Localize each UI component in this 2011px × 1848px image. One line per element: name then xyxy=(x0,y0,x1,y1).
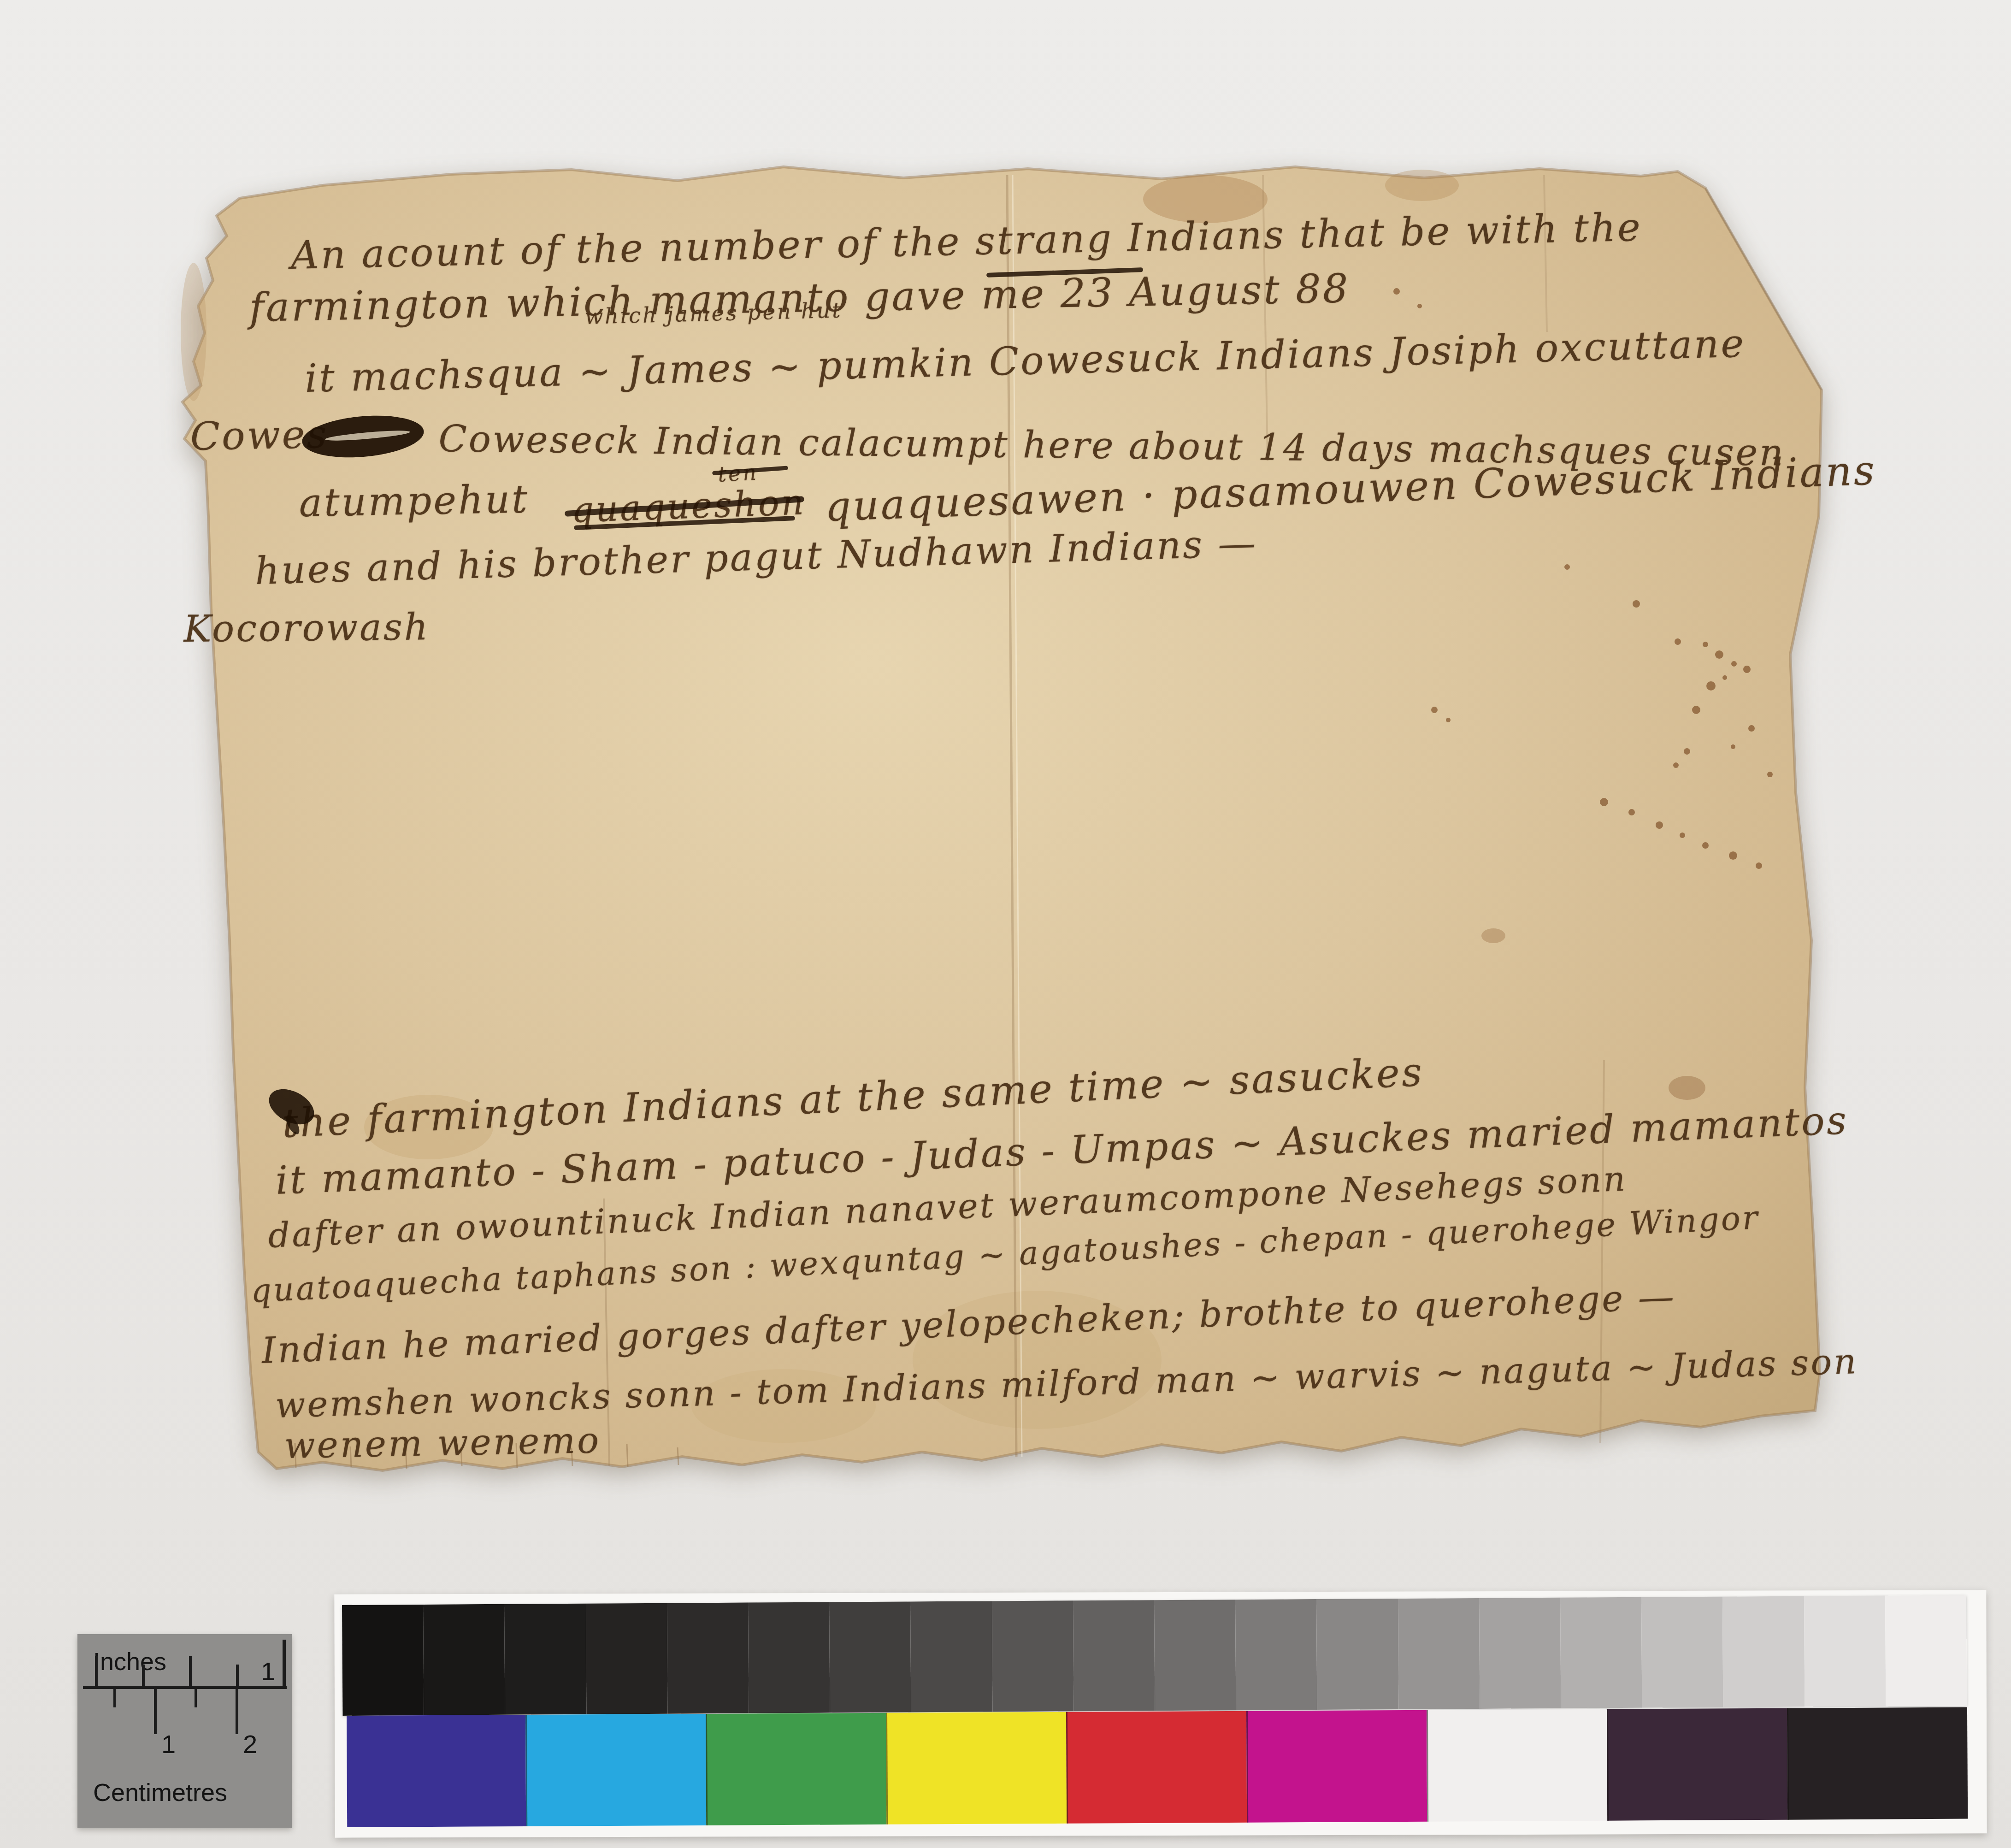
cm-mark-2: 2 xyxy=(243,1730,257,1759)
grayscale-step xyxy=(1641,1597,1723,1708)
grayscale-step xyxy=(1398,1598,1480,1709)
cm-mark-1: 1 xyxy=(161,1730,176,1759)
color-patch xyxy=(1607,1708,1787,1821)
grayscale-step xyxy=(1885,1595,1967,1706)
grayscale-step xyxy=(586,1603,668,1714)
color-patch xyxy=(525,1714,706,1826)
grayscale-step xyxy=(1722,1596,1805,1707)
inches-label: Inches xyxy=(93,1648,166,1676)
photograph-background: An acount of the number of the strang In… xyxy=(0,0,2011,1848)
paper-stain xyxy=(1669,1076,1705,1100)
grayscale-step xyxy=(342,1605,424,1716)
grayscale-step xyxy=(992,1600,1074,1712)
inch-mark-1: 1 xyxy=(261,1657,275,1686)
grayscale-step xyxy=(829,1601,911,1712)
grayscale-step xyxy=(1560,1597,1642,1708)
grayscale-strip xyxy=(342,1595,1967,1716)
color-patch xyxy=(706,1713,886,1825)
grayscale-step xyxy=(748,1602,830,1713)
color-patch xyxy=(347,1715,526,1827)
color-patch xyxy=(1066,1711,1247,1824)
paper-stain xyxy=(1481,928,1505,943)
color-patch xyxy=(1246,1710,1427,1823)
color-patch xyxy=(886,1712,1067,1824)
manuscript-line: wenem wenemo xyxy=(284,1420,601,1467)
grayscale-step xyxy=(1154,1600,1236,1711)
ruler-baseline xyxy=(83,1686,287,1689)
centimetres-label: Centimetres xyxy=(93,1779,227,1807)
ruler-card: Inches 1 1 2 Centimetres xyxy=(77,1634,292,1828)
grayscale-step xyxy=(910,1601,992,1712)
color-bar-strip xyxy=(347,1707,1968,1827)
grayscale-step xyxy=(423,1604,505,1715)
color-patch xyxy=(1427,1709,1607,1822)
grayscale-step xyxy=(1479,1598,1561,1709)
grayscale-step xyxy=(1804,1596,1886,1707)
manuscript-word: atumpehut xyxy=(299,476,530,525)
grayscale-step xyxy=(1073,1600,1155,1711)
paper-stain xyxy=(1385,170,1459,201)
manuscript-line: Kocorowash xyxy=(183,605,430,650)
color-patch xyxy=(1787,1707,1968,1820)
grayscale-step xyxy=(504,1604,586,1715)
paper-stain xyxy=(181,263,206,401)
grayscale-step xyxy=(1235,1599,1317,1710)
grayscale-step xyxy=(667,1603,749,1714)
grayscale-step xyxy=(1316,1599,1398,1710)
